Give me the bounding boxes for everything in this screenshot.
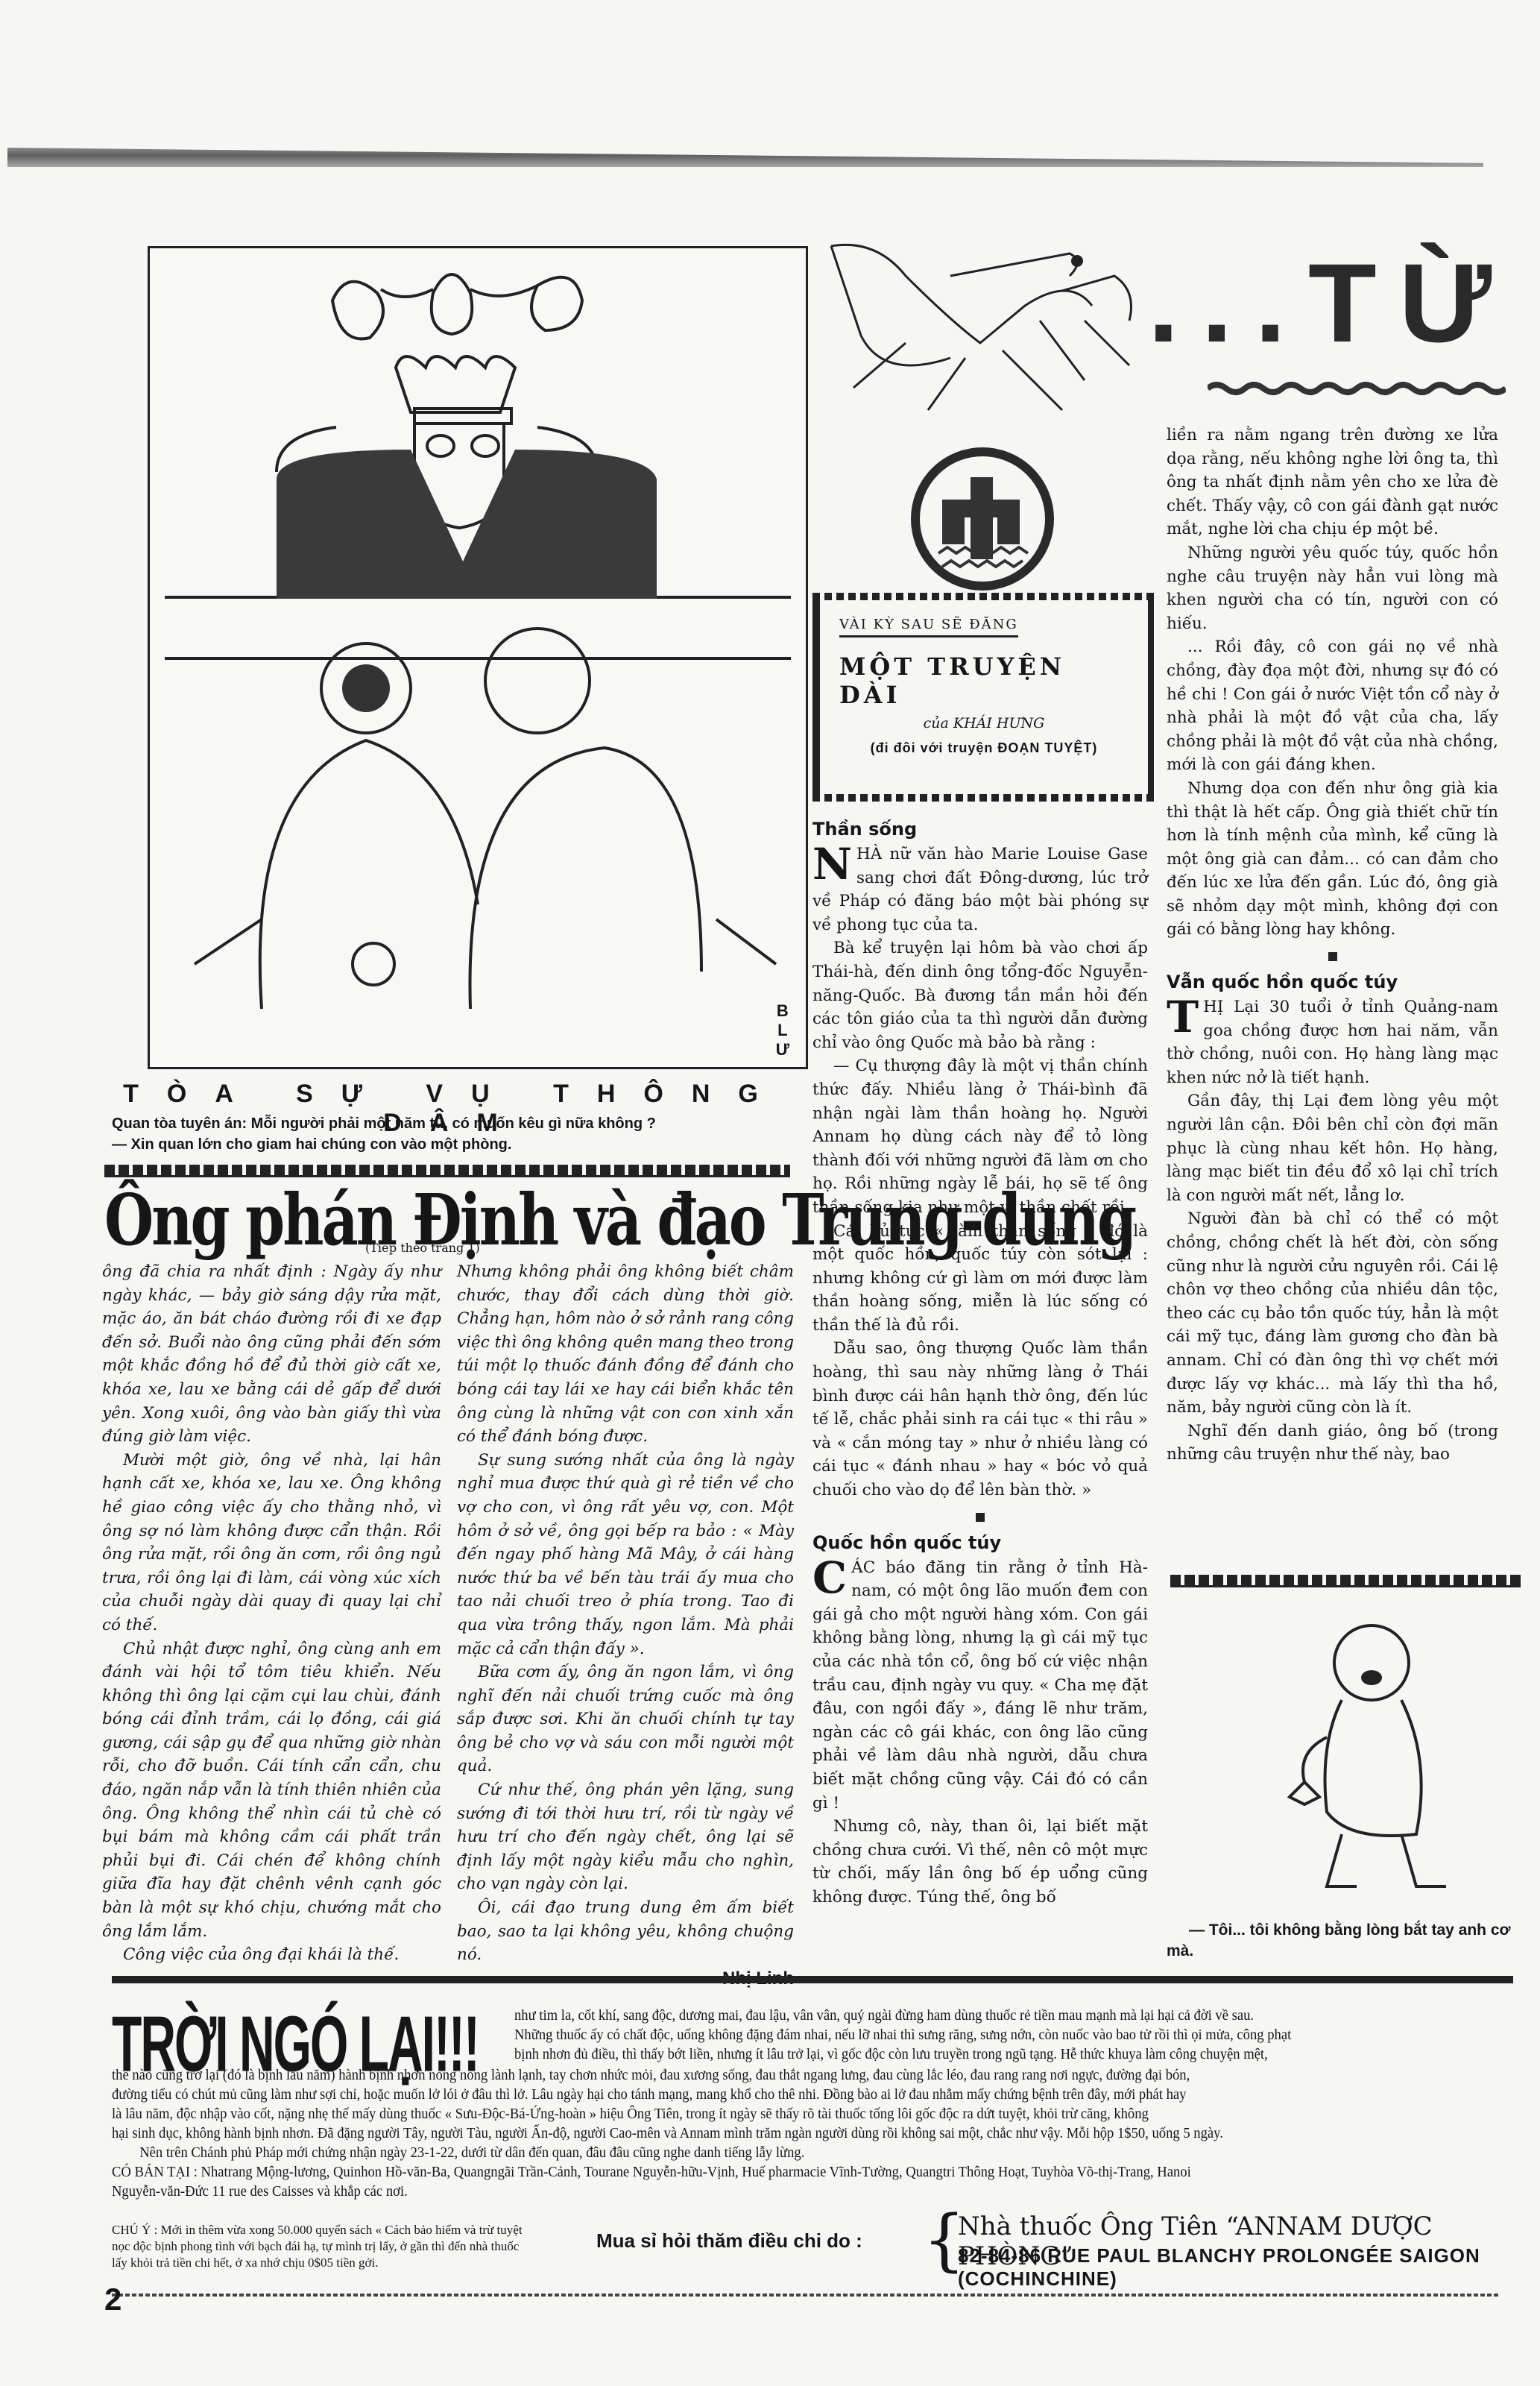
drop-cap: N [812, 846, 852, 883]
judge-cartoon-illustration [150, 248, 806, 1067]
article-column-2: Nhưng không phải ông không biết châm chư… [457, 1260, 794, 1989]
section-title-than-song: Thần sống [812, 819, 1148, 840]
page-number: 2 [104, 2282, 122, 2317]
drop-cap: C [812, 1559, 847, 1596]
ornamental-divider [104, 1165, 790, 1177]
article-column-1: ông đã chia ra nhất định : Ngày ấy như n… [102, 1260, 441, 1967]
crying-boy-cartoon [1260, 1611, 1461, 1909]
ad-wholesale-label: Mua sỉ hỏi thăm điều chi do : [596, 2229, 862, 2253]
ad-body-full: thế nào cũng trở lại (đó là bịnh lâu năm… [112, 2065, 1498, 2201]
cartoon-caption: Quan tòa tuyên án: Mỗi người phải một nă… [112, 1113, 805, 1155]
mantis-icon [816, 231, 1167, 418]
scan-edge-shadow [7, 148, 1483, 167]
drop-cap: T [1167, 998, 1199, 1036]
section-title-quoc-hon: Quốc hồn quốc túy [812, 1532, 1148, 1553]
section-title-van-quoc-hon: Vẫn quốc hồn quốc túy [1167, 972, 1498, 992]
section-separator-icon [976, 1513, 985, 1522]
cartoon-signature: BLƯ [776, 1001, 789, 1060]
column-title: ...TỪ [1148, 239, 1514, 368]
ad-address: 82-84-86 RUE PAUL BLANCHY PROLONGÉE SAIG… [958, 2244, 1540, 2291]
cross-waves-emblem-icon [911, 447, 1054, 591]
ornamental-divider [1170, 1575, 1521, 1587]
wave-underline-icon [1208, 380, 1506, 397]
cartoon2-caption: — Tôi... tôi không bằng lòng bắt tay anh… [1167, 1920, 1517, 1962]
bottom-rule [112, 2294, 1498, 2297]
news-column-4: liền ra nằm ngang trên đường xe lửa dọa … [1167, 424, 1498, 1467]
ad-top-rule [112, 1976, 1513, 1983]
news-column-3: Thần sống NHÀ nữ văn hào Marie Louise Ga… [812, 814, 1148, 1910]
ad-body-right: như tim la, cốt khí, sang độc, dương mai… [514, 2006, 1506, 2064]
upcoming-novel-announcement: VÀI KỲ SAU SẼ ĐĂNG MỘT TRUYỆN DÀI của KH… [812, 593, 1155, 802]
courtroom-cartoon: BLƯ [148, 246, 808, 1069]
ad-notice: CHÚ Ý : Mới in thêm vừa xong 50.000 quyể… [112, 2222, 529, 2271]
section-separator-icon [1328, 952, 1337, 961]
continued-note: (Tiếp theo trang 1) [365, 1241, 480, 1255]
